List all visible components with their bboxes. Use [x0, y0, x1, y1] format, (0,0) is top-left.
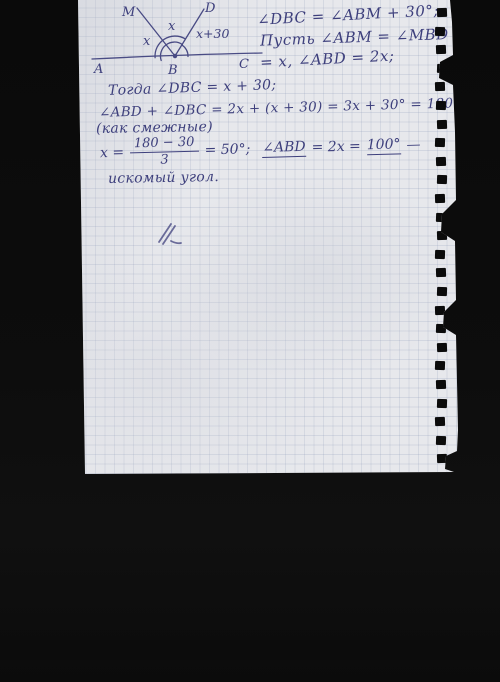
binding-hole — [436, 157, 446, 166]
angle-arc-inner — [160, 42, 182, 60]
binding-hole — [437, 454, 447, 463]
solution-line4-angle: ∠ABD — [262, 139, 306, 158]
notebook-paper-sheet: М D A B C x x x+30 ∠DBC = ∠ABM + 30°; Пу… — [76, 0, 458, 474]
binding-hole — [436, 380, 446, 389]
binding-hole — [435, 194, 445, 203]
label-angle-right: x+30 — [196, 26, 229, 41]
solution-line4-result: 100° — [367, 136, 401, 155]
solution-line-5: искомый угол. — [108, 169, 219, 187]
line-ac — [92, 53, 262, 59]
label-point-m: М — [121, 5, 136, 20]
binding-hole — [436, 45, 446, 54]
solution-line-4: x = 180 − 30 3 = 50°; ∠ABD = 2x = 100° — — [100, 130, 421, 169]
binding-hole — [437, 64, 447, 73]
binding-hole — [435, 138, 445, 147]
binding-hole — [437, 343, 447, 352]
binding-hole — [435, 250, 445, 259]
binding-hole — [436, 212, 446, 221]
binding-hole — [435, 361, 445, 370]
pen-scribble — [159, 224, 181, 244]
binding-hole — [436, 436, 446, 445]
solution-line-1: Тогда ∠DBC = x + 30; — [108, 77, 277, 99]
solution-fraction: 180 − 30 3 — [130, 136, 199, 168]
label-point-b: B — [167, 63, 178, 78]
fraction-denominator: 3 — [160, 152, 169, 167]
binding-hole — [435, 305, 445, 314]
solution-line-2: ∠ABD + ∠DBC = 2x + (x + 30) = 3x + 30° =… — [99, 95, 466, 121]
ray-bd — [175, 9, 204, 56]
binding-hole — [437, 119, 447, 128]
binding-hole — [435, 82, 445, 91]
binding-hole — [437, 175, 447, 184]
binding-hole — [436, 324, 446, 333]
solution-line4-mid: = 50°; — [204, 141, 250, 158]
binding-hole — [437, 398, 447, 407]
binding-hole — [435, 26, 445, 35]
label-angle-left: x — [143, 34, 151, 49]
solution-line-3: (как смежные) — [96, 119, 213, 137]
note-right-line-3: = x, ∠ABD = 2x; — [260, 46, 395, 71]
label-point-c: C — [239, 57, 249, 72]
binding-hole — [437, 287, 447, 296]
solution-line4-prefix: x = — [100, 145, 124, 162]
note-right-line-1: ∠DBC = ∠ABM + 30°; — [257, 1, 440, 29]
label-angle-mid: x — [168, 19, 176, 34]
binding-hole — [437, 8, 447, 17]
point-b-dot — [173, 54, 176, 57]
scanned-page-background: { "colors": { "background": "#0a0a0a", "… — [0, 0, 500, 682]
angle-arc-large — [155, 36, 185, 58]
binding-hole — [436, 268, 446, 277]
solution-line4-eq: = 2x = — [311, 139, 361, 156]
binding-hole — [436, 101, 446, 110]
solution-line4-dash: — — [406, 137, 420, 153]
binding-hole — [437, 231, 447, 240]
binding-hole — [435, 417, 445, 426]
label-point-a: A — [93, 62, 103, 77]
ray-bm — [137, 8, 175, 56]
label-point-d: D — [204, 1, 216, 16]
angle-arc-right — [182, 45, 188, 57]
fraction-numerator: 180 − 30 — [130, 136, 199, 153]
